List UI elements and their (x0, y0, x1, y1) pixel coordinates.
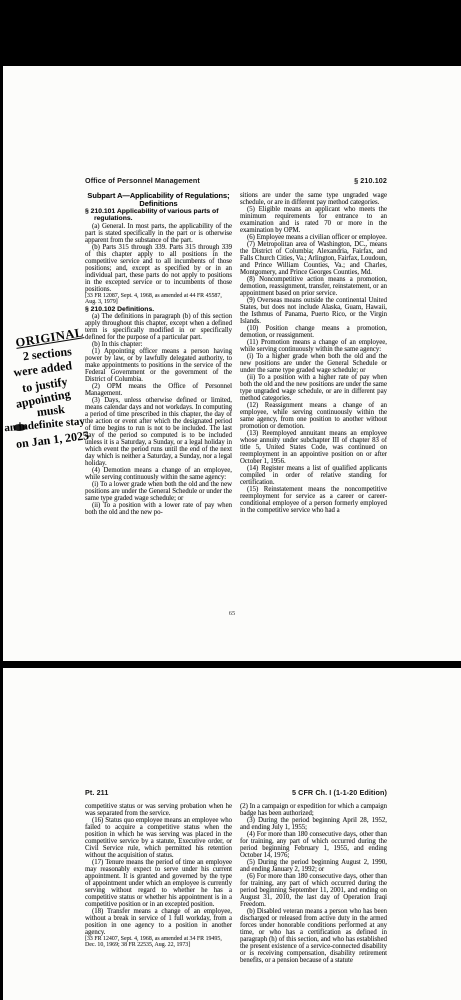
running-header-left: Pt. 211 (85, 788, 108, 797)
text-block: (b) In this chapter: (85, 341, 232, 348)
text-block: Subpart A—Applicability of Regulations; … (85, 192, 232, 208)
text-block: (3) Days, unless otherwise defined or li… (85, 397, 232, 467)
scanned-page-1: Office of Personnel Management § 210.102… (3, 66, 461, 661)
text-block: (a) General. In most parts, the applicab… (85, 223, 232, 244)
running-header-right: 5 CFR Ch. I (1-1-20 Edition) (292, 788, 387, 797)
running-header: Pt. 211 5 CFR Ch. I (1-1-20 Edition) (85, 788, 387, 797)
running-header-right: § 210.102 (354, 176, 387, 185)
text-block: (a) The definitions in paragraph (b) of … (85, 313, 232, 341)
text-block: (3) During the period beginning April 28… (240, 817, 387, 831)
text-block: (i) To a lower grade when both the old a… (85, 481, 232, 502)
text-block: (8) Noncompetitive action means a promot… (240, 276, 387, 297)
page-number: 65 (3, 610, 461, 617)
text-block: (7) Metropolitan area of Washington, DC.… (240, 241, 387, 276)
text-block: [33 FR 12087, Sept. 4, 1968, as amended … (85, 293, 232, 306)
text-block: (6) Employee means a civilian officer or… (240, 234, 387, 241)
text-block: (5) Eligible means an applicant who meet… (240, 206, 387, 234)
text-block: (18) Transfer means a change of an emplo… (85, 908, 232, 936)
running-header-left: Office of Personnel Management (85, 176, 200, 185)
running-header: Office of Personnel Management § 210.102 (85, 176, 387, 185)
text-block: (2) In a campaign or expedition for whic… (240, 803, 387, 817)
text-block: (13) Reemployed annuitant means an emplo… (240, 430, 387, 465)
text-block: competitive status or was serving probat… (85, 803, 232, 817)
text-block: (b) Parts 315 through 339. Parts 315 thr… (85, 244, 232, 293)
text-block: (17) Tenure means the period of time an … (85, 859, 232, 908)
text-block: (10) Position change means a promotion, … (240, 325, 387, 339)
text-block: § 210.102 Definitions. (85, 306, 232, 313)
two-column-text: competitive status or was serving probat… (85, 803, 388, 1000)
text-block: (5) During the period beginning August 2… (240, 859, 387, 873)
text-block: (14) Register means a list of qualified … (240, 465, 387, 486)
text-block: (12) Reassignment means a change of an e… (240, 402, 387, 430)
text-block: § 210.101 Applicability of various parts… (85, 208, 232, 223)
text-block: (16) Status quo employee means an employ… (85, 817, 232, 859)
two-column-text: Subpart A—Applicability of Regulations; … (85, 192, 388, 610)
text-block: (2) OPM means the Office of Personnel Ma… (85, 383, 232, 397)
text-block: [33 FR 12407, Sept. 4, 1968, as amended … (85, 936, 232, 949)
left-column: competitive status or was serving probat… (85, 803, 232, 1000)
text-block: (ii) To a position with a higher rate of… (240, 374, 387, 402)
text-block: (i) To a higher grade when both the old … (240, 353, 387, 374)
right-column: sitions are under the same type ungraded… (240, 192, 387, 610)
text-block: (11) Promotion means a change of an empl… (240, 339, 387, 353)
right-column: (2) In a campaign or expedition for whic… (240, 803, 387, 1000)
text-block: (ii) To a position with a lower rate of … (85, 502, 232, 516)
left-column: Subpart A—Applicability of Regulations; … (85, 192, 232, 610)
text-block: sitions are under the same type ungraded… (240, 192, 387, 206)
text-block: (6) For more than 180 consecutive days, … (240, 873, 387, 908)
text-block: (1) Appointing officer means a person ha… (85, 348, 232, 383)
scanned-page-2: Pt. 211 5 CFR Ch. I (1-1-20 Edition) com… (3, 668, 461, 1000)
text-block: (4) For more than 180 consecutive days, … (240, 831, 387, 859)
text-block: (9) Overseas means outside the continent… (240, 297, 387, 325)
text-block: (b) Disabled veteran means a person who … (240, 908, 387, 964)
text-block: (4) Demotion means a change of an employ… (85, 467, 232, 481)
text-block: (15) Reinstatement means the noncompetit… (240, 486, 387, 514)
screenshot-root: { "page1": { "running_header": { "left":… (0, 0, 461, 1000)
